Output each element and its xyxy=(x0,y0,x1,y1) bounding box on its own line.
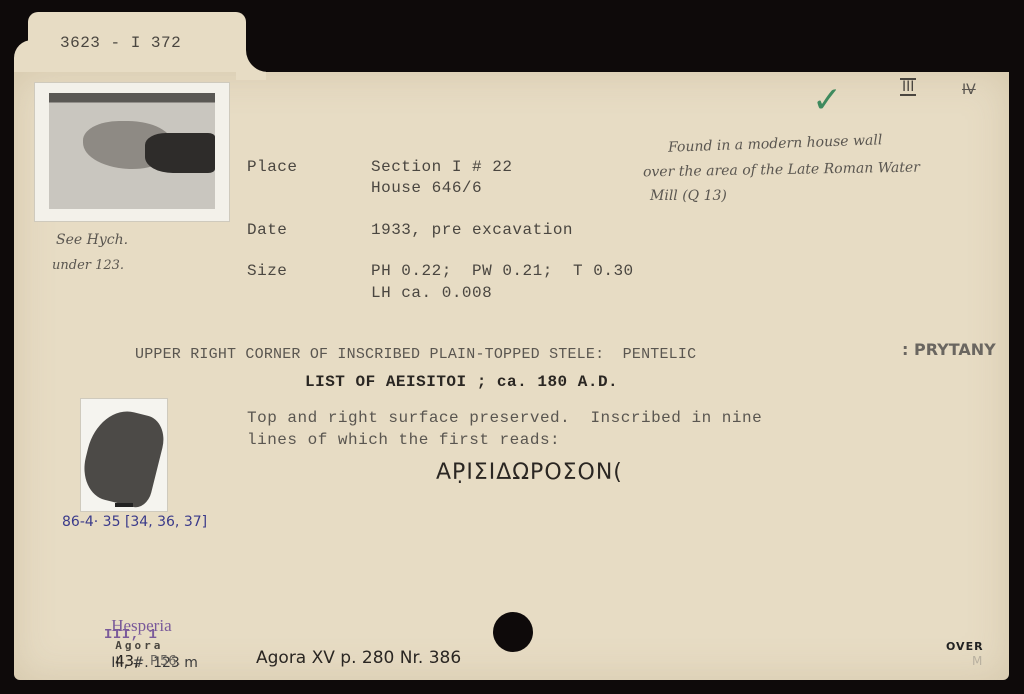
agora-xv-reference: Agora XV p. 280 Nr. 386 xyxy=(256,648,461,668)
object-photo-inscription xyxy=(80,398,168,512)
cross-reference-note: See Hych. xyxy=(56,232,128,248)
place-value: House 646/6 xyxy=(371,179,482,197)
description-text: Top and right surface preserved. Inscrib… xyxy=(247,409,762,427)
over-label: OVER xyxy=(946,640,984,653)
prytany-annotation: : PRYTANY xyxy=(902,340,996,359)
struck-roman-numeral-mark: IV xyxy=(962,82,976,98)
object-description-title: UPPER RIGHT CORNER OF INSCRIBED PLAIN-TO… xyxy=(135,346,696,363)
card-tab-curve xyxy=(236,40,266,80)
place-label: Place xyxy=(247,158,298,176)
photo-negative-caption: 86-4· 35 [34, 36, 37] xyxy=(62,514,207,530)
hesperia-volume: III, 1 xyxy=(104,627,157,643)
date-value: 1933, pre excavation xyxy=(371,221,573,239)
greek-inscription: ΑΡ̣ΙΣΙΔΩΡΟΣΟΝ( xyxy=(436,460,623,485)
cross-reference-note: under 123. xyxy=(52,258,124,273)
date-label: Date xyxy=(247,221,287,239)
stone-shadow xyxy=(145,133,215,173)
stele-fragment-image xyxy=(77,404,169,511)
description-text: lines of which the first reads: xyxy=(247,431,560,449)
findspot-note-line: Mill (Q 13) xyxy=(650,188,727,204)
size-value: LH ca. 0.008 xyxy=(371,284,492,302)
catalog-number: 3623 - I 372 xyxy=(60,34,181,52)
scale-bar xyxy=(115,503,133,507)
hesperia-page-note: P.56. xyxy=(150,654,181,669)
corner-mark: M xyxy=(972,654,982,668)
place-value: Section I # 22 xyxy=(371,158,512,176)
hesperia-page: 43, xyxy=(115,652,139,670)
roman-numeral-mark: III xyxy=(900,78,916,96)
object-date-title: LIST OF AEISITOI ; ca. 180 A.D. xyxy=(305,373,618,391)
check-mark-icon: ✓ xyxy=(812,80,842,121)
object-photo-top xyxy=(34,82,230,222)
size-label: Size xyxy=(247,262,287,280)
punch-hole xyxy=(493,612,533,652)
size-value: PH 0.22; PW 0.21; T 0.30 xyxy=(371,262,634,280)
